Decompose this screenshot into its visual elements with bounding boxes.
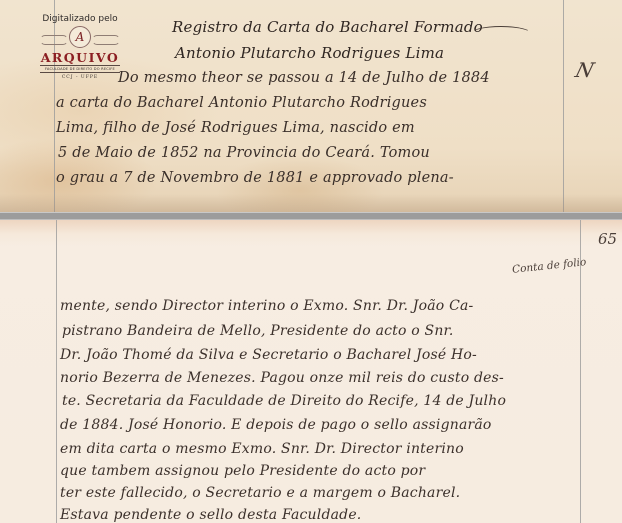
- record-body-line-3: Lima, filho de José Rodrigues Lima, nasc…: [56, 120, 415, 136]
- left-margin-rule: [56, 220, 57, 523]
- margin-checkmark: N: [573, 58, 597, 82]
- archive-watermark: Digitalizado pelo A ARQUIVO FACULDADE DE…: [30, 14, 130, 80]
- record-body-line-5: o grau a 7 de Novembro de 1881 e approva…: [56, 170, 454, 186]
- record-body-line-2: a carta do Bacharel Antonio Plutarcho Ro…: [56, 95, 427, 111]
- document-page-top: Digitalizado pelo A ARQUIVO FACULDADE DE…: [0, 0, 622, 212]
- archive-emblem-icon: A: [69, 26, 91, 48]
- emblem-letter: A: [76, 30, 85, 44]
- watermark-org: CCJ - UFPE: [30, 75, 130, 80]
- right-margin-rule: [563, 0, 564, 212]
- watermark-brand: ARQUIVO: [30, 50, 130, 65]
- record-body-line-14: ter este fallecido, o Secretario e a mar…: [60, 485, 460, 501]
- document-page-bottom: 65 Conta de folio mente, sendo Director …: [0, 220, 622, 523]
- title-flourish-icon: [470, 26, 532, 42]
- record-body-line-13: que tambem assignou pelo Presidente do a…: [60, 463, 425, 479]
- record-body-line-12: em dita carta o mesmo Exmo. Snr. Dr. Dir…: [60, 441, 464, 457]
- record-body-line-6: mente, sendo Director interino o Exmo. S…: [60, 298, 473, 314]
- record-body-line-1: Do mesmo theor se passou a 14 de Julho d…: [118, 70, 490, 86]
- record-body-line-11: de 1884. José Honorio. E depois de pago …: [60, 417, 492, 433]
- marginal-annotation: Conta de folio: [512, 256, 587, 276]
- record-title-line-2: Antonio Plutarcho Rodrigues Lima: [175, 44, 444, 62]
- record-body-line-15: Estava pendente o sello desta Faculdade.: [60, 507, 361, 523]
- record-body-line-10: te. Secretaria da Faculdade de Direito d…: [62, 393, 506, 409]
- record-body-line-7: pistrano Bandeira de Mello, Presidente d…: [62, 323, 454, 339]
- ornament-scroll-left-icon: [40, 35, 68, 45]
- page-number: 65: [598, 230, 617, 248]
- ornament-scroll-right-icon: [92, 35, 120, 45]
- record-body-line-8: Dr. João Thomé da Silva e Secretario o B…: [60, 347, 477, 363]
- record-body-line-4: 5 de Maio de 1852 na Provincia do Ceará.…: [58, 145, 430, 161]
- watermark-subtitle: FACULDADE DE DIREITO DO RECIFE: [40, 65, 120, 73]
- record-body-line-9: norio Bezerra de Menezes. Pagou onze mil…: [60, 370, 504, 386]
- record-title-line-1: Registro da Carta do Bacharel Formado: [172, 18, 483, 36]
- watermark-caption: Digitalizado pelo: [30, 14, 130, 24]
- page-separator: [0, 212, 622, 220]
